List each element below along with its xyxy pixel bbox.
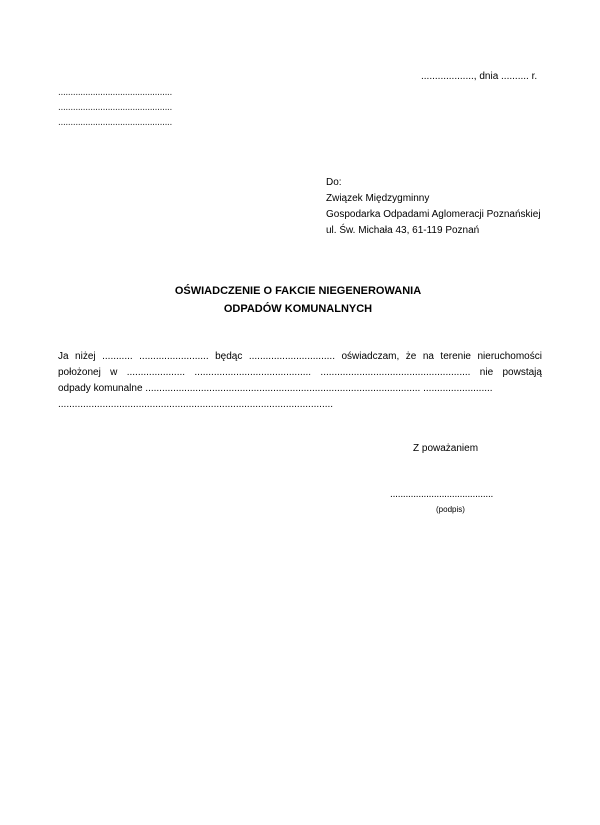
document-title-line1: OŚWIADCZENIE O FAKCIE NIEGENEROWANIA — [0, 285, 598, 297]
sender-name-line: ........................................… — [58, 87, 172, 98]
statement-line-4-text: ........................................… — [58, 399, 333, 410]
statement-word: Ja — [58, 351, 69, 362]
statement-word: będąc — [215, 351, 242, 362]
document-title-line2: ODPADÓW KOMUNALNYCH — [0, 303, 598, 315]
statement-word: ........... — [102, 351, 133, 362]
statement-line-3-text: odpady komunalne .......................… — [58, 383, 493, 394]
place-date-field: ..................., dnia .......... r. — [421, 71, 537, 83]
statement-word: ............................... — [249, 351, 335, 362]
sender-address-line: ........................................… — [58, 102, 172, 113]
recipient-name-line2: Gospodarka Odpadami Aglomeracji Poznańsk… — [326, 209, 541, 220]
statement-word: położonej — [58, 367, 101, 378]
statement-word: nie — [480, 367, 493, 378]
statement-line-1: Janiżej.................................… — [58, 351, 542, 362]
statement-word: niżej — [75, 351, 96, 362]
signature-line: ........................................ — [390, 489, 493, 500]
statement-word: ........................................… — [320, 367, 470, 378]
statement-word: ......................... — [139, 351, 208, 362]
statement-word: nieruchomości — [477, 351, 541, 362]
recipient-address: ul. Św. Michała 43, 61-119 Poznań — [326, 225, 479, 236]
statement-line-3: odpady komunalne .......................… — [58, 383, 542, 394]
statement-line-4: ........................................… — [58, 399, 542, 410]
statement-word: ........................................… — [194, 367, 311, 378]
statement-word: ..................... — [127, 367, 185, 378]
statement-word: w — [110, 367, 117, 378]
statement-word: powstają — [502, 367, 541, 378]
statement-word: że — [406, 351, 417, 362]
statement-word: oświadczam, — [341, 351, 399, 362]
recipient-name-line1: Związek Międzygminny — [326, 193, 429, 204]
recipient-to-label: Do: — [326, 177, 342, 188]
statement-word: terenie — [440, 351, 471, 362]
signature-caption: (podpis) — [436, 505, 465, 514]
statement-word: na — [423, 351, 434, 362]
statement-line-2: położonejw..............................… — [58, 367, 542, 378]
closing-greeting: Z poważaniem — [413, 443, 478, 454]
sender-city-line: ........................................… — [58, 117, 172, 128]
